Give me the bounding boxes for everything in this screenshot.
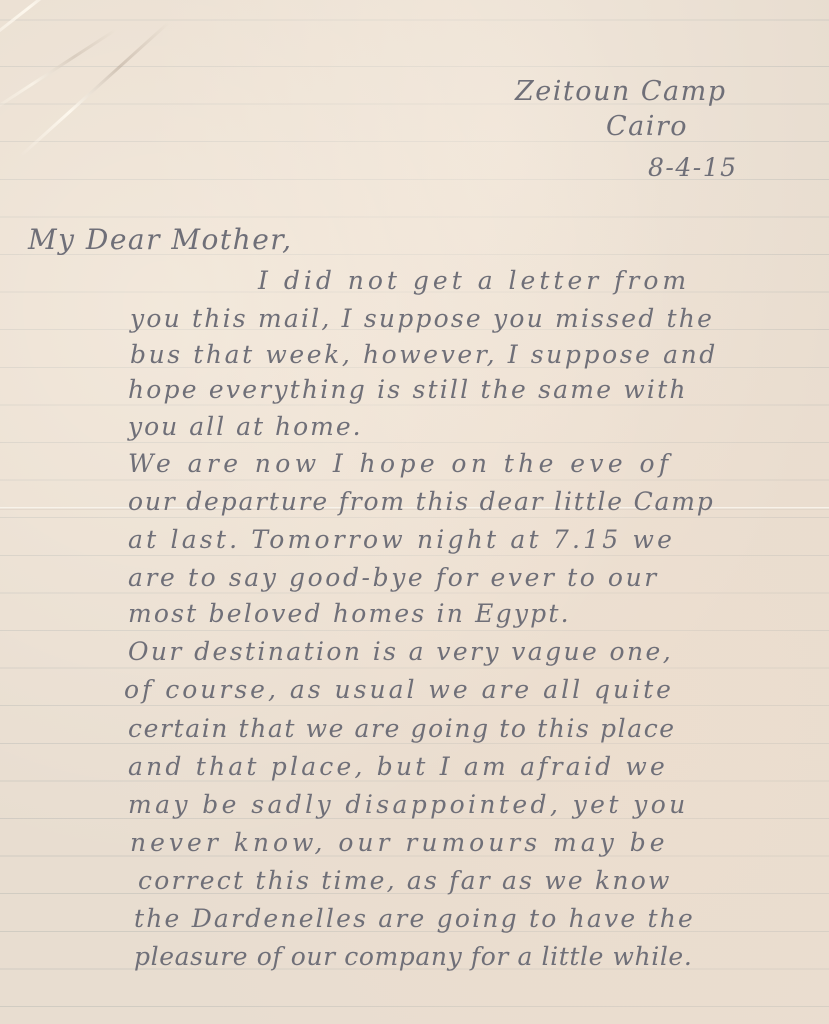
letter-body-line: never know, our rumours may be bbox=[130, 830, 669, 855]
letter-body-line: of course, as usual we are all quite bbox=[124, 677, 674, 702]
letter-body-line: the Dardenelles are going to have the bbox=[134, 906, 695, 931]
letter-location-city: Cairo bbox=[606, 113, 688, 140]
letter-body-line: hope everything is still the same with bbox=[128, 377, 688, 402]
letter-salutation: My Dear Mother, bbox=[28, 226, 292, 254]
letter-body-line: are to say good-bye for ever to our bbox=[128, 565, 659, 590]
letter-location-camp: Zeitoun Camp bbox=[515, 78, 726, 105]
letter-body-line: and that place, but I am afraid we bbox=[128, 754, 668, 779]
paper-crease bbox=[0, 0, 166, 63]
letter-body-line: you this mail, I suppose you missed the bbox=[130, 306, 714, 331]
letter-body-line: Our destination is a very vague one, bbox=[128, 639, 673, 664]
letter-page: Zeitoun Camp Cairo 8-4-15 My Dear Mother… bbox=[0, 0, 829, 1024]
letter-body-line: certain that we are going to this place bbox=[128, 716, 676, 741]
letter-body-line: bus that week, however, I suppose and bbox=[130, 342, 718, 367]
letter-date: 8-4-15 bbox=[648, 155, 738, 180]
paper-crease bbox=[0, 29, 117, 113]
letter-body-line: you all at home. bbox=[128, 414, 363, 439]
letter-body-line: our departure from this dear little Camp bbox=[128, 489, 715, 514]
letter-body-line: I did not get a letter from bbox=[258, 268, 690, 293]
letter-body-line: We are now I hope on the eve of bbox=[128, 451, 673, 476]
letter-body-line: may be sadly disappointed, yet you bbox=[128, 792, 689, 817]
letter-body-line: pleasure of our company for a little whi… bbox=[134, 944, 692, 969]
letter-body-line: correct this time, as far as we know bbox=[138, 868, 672, 893]
letter-body-line: most beloved homes in Egypt. bbox=[128, 601, 571, 626]
letter-body-line: at last. Tomorrow night at 7.15 we bbox=[128, 527, 675, 552]
